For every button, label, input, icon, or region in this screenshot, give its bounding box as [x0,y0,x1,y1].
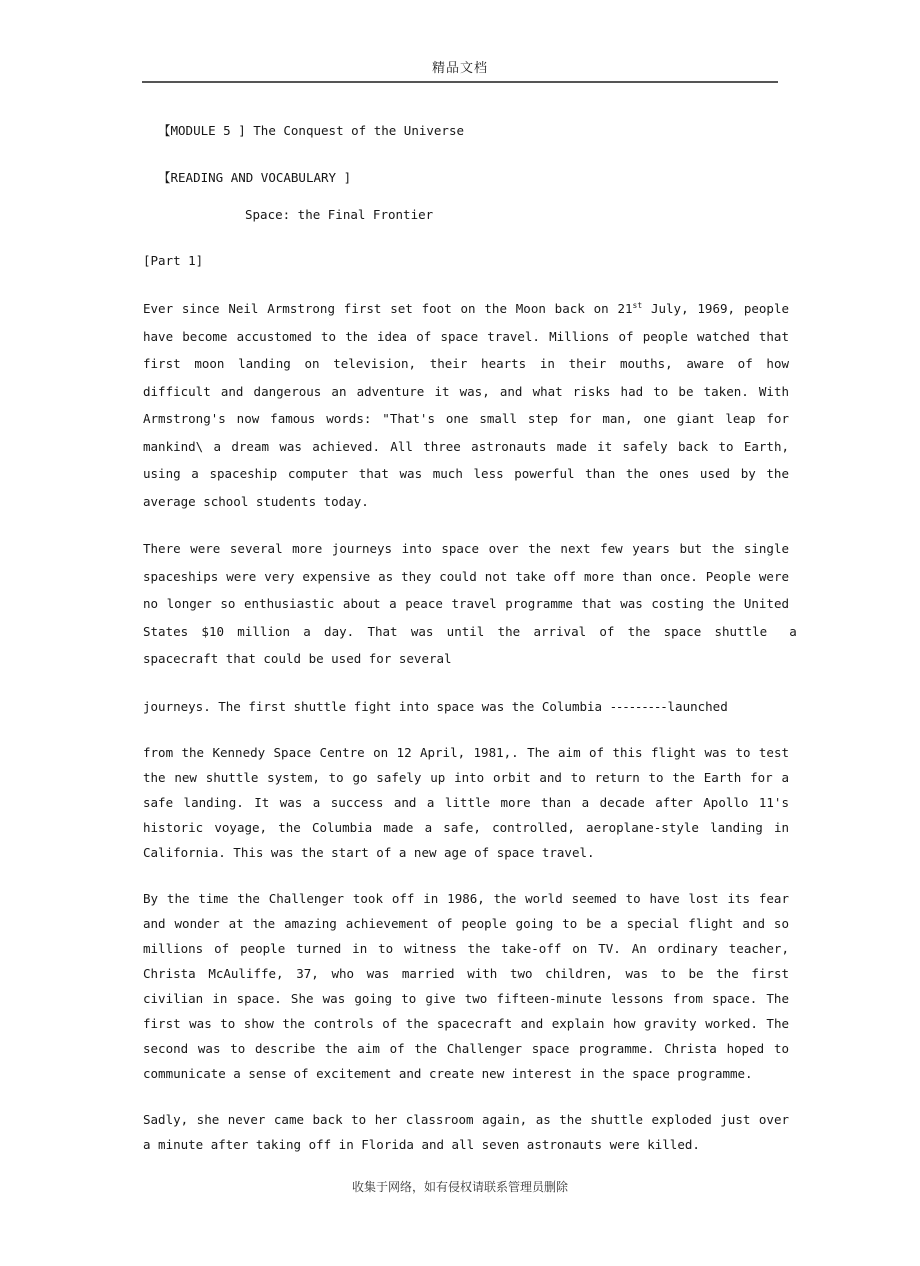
section-heading: 【READING AND VOCABULARY ] [143,171,789,185]
paragraph-3-text-post: launched [668,699,728,714]
article-title: Space: the Final Frontier [143,208,789,222]
overlapped-char-glyph: a [789,618,797,646]
paragraph-1-text-pre: Ever since Neil Armstrong first set foot… [143,301,633,316]
paragraph-5: By the time the Challenger took off in 1… [143,886,789,1086]
paragraph-1: Ever since Neil Armstrong first set foot… [143,295,789,515]
document-page: 精品文档 【MODULE 5 ] The Conquest of the Uni… [0,0,920,1266]
paragraph-1-text-post: July, 1969, people have become accustome… [143,301,789,509]
paragraph-3: journeys. The first shuttle fight into s… [143,693,789,721]
paragraph-2-text-pre: There were several more journeys into sp… [143,541,789,639]
dash-line: --------- [610,699,667,714]
footer-note: 收集于网络，如有侵权请联系管理员删除 [0,1178,920,1195]
paragraph-3-text-pre: journeys. The first shuttle fight into s… [143,699,610,714]
header-divider [142,81,778,83]
header-note: 精品文档 [0,57,920,76]
part-label: [Part 1] [143,254,789,268]
paragraph-2: There were several more journeys into sp… [143,535,789,673]
module-heading: 【MODULE 5 ] The Conquest of the Universe [143,124,789,138]
paragraph-6: Sadly, she never came back to her classr… [143,1107,789,1157]
paragraph-4: from the Kennedy Space Centre on 12 Apri… [143,740,789,865]
document-body: 【MODULE 5 ] The Conquest of the Universe… [143,124,789,1178]
paragraph-2-text-post: spacecraft that could be used for severa… [143,651,452,666]
superscript-ordinal: st [633,301,643,310]
